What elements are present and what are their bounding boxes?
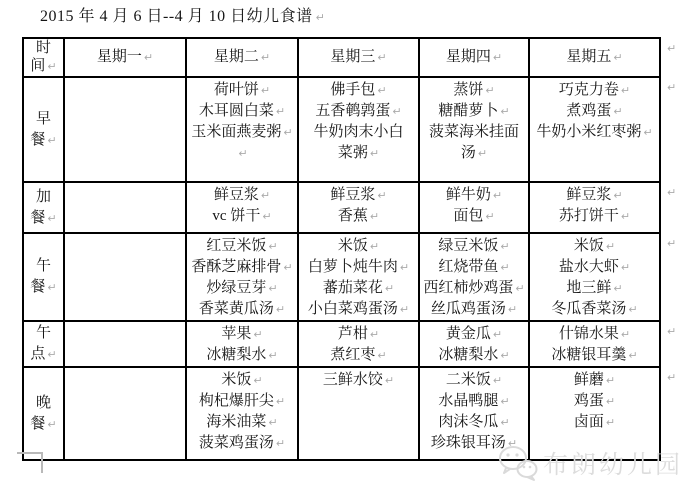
paragraph-mark-icon [500,259,509,275]
paragraph-mark-icon [377,187,386,203]
menu-line-text: 鲜牛奶 [446,187,491,203]
row-label-afternoon-snack: 午点 [23,321,64,367]
menu-line-text: 煮红枣 [330,347,375,363]
document-page: 2015 年 4 月 6 日--4 月 10 日幼儿食谱 时间 星期一星期二星期… [0,0,682,496]
menu-line: 星期三 [299,48,418,67]
menu-line: 佛手包 [299,80,418,101]
paragraph-mark-icon [500,103,509,119]
row-end-mark-icon [667,368,676,386]
menu-line: 芦柑 [299,324,418,345]
row-end-mark-icon [667,39,676,57]
menu-line-text: 煮鸡蛋 [566,103,611,119]
menu-line-text: 点 [30,346,45,362]
paragraph-mark-icon [283,259,292,275]
paragraph-mark-icon [500,414,509,430]
meal-row-morning-snack: 加餐鲜豆浆vc 饼干鲜豆浆香蕉鲜牛奶面包鲜豆浆苏打饼干 [23,182,660,233]
menu-line-text: 米饭 [574,238,604,254]
paragraph-mark-icon [47,132,56,148]
menu-line-text: 苹果 [221,326,251,342]
menu-line-text: 海米油菜 [206,414,266,430]
paragraph-mark-icon [613,187,622,203]
menu-cell-afternoon-snack-day5: 什锦水果冰糖银耳羹 [529,321,660,367]
paragraph-mark-icon [621,82,630,98]
paragraph-mark-icon [261,49,270,65]
paragraph-mark-icon [261,187,270,203]
paragraph-mark-icon [47,346,56,362]
menu-line-text: 红烧带鱼 [438,259,498,275]
header-day-5: 星期五 [529,38,660,77]
menu-line-text: 牛奶小米红枣粥 [536,124,641,140]
menu-cell-morning-snack-day4: 鲜牛奶面包 [419,182,529,233]
menu-line: 时 [24,39,63,57]
menu-line: 蒸饼 [420,80,528,101]
menu-line: 糖醋萝卜 [420,101,528,122]
paragraph-mark-icon [385,280,394,296]
menu-cell-breakfast-day1 [64,77,186,182]
menu-line: 晚 [24,393,63,414]
menu-line-text: 荷叶饼 [214,82,259,98]
menu-line: 星期二 [187,48,297,67]
paragraph-mark-icon [276,393,285,409]
menu-line: 牛奶小米红枣粥 [530,122,659,143]
paragraph-mark-icon [400,301,409,317]
menu-line: 煮鸡蛋 [530,101,659,122]
paragraph-mark-icon [370,326,379,342]
menu-line: 餐 [24,208,63,229]
menu-cell-morning-snack-day1 [64,182,186,233]
menu-line-text: 午 [36,325,51,341]
paragraph-mark-icon [606,393,615,409]
paragraph-mark-icon [377,49,386,65]
header-day-1: 星期一 [64,38,186,77]
menu-line-text: 面包 [453,208,483,224]
corner-bracket-mark [17,452,43,473]
menu-cell-breakfast-day2: 荷叶饼木耳圆白菜玉米面燕麦粥 [186,77,298,182]
menu-line: 蕃茄菜花 [299,278,418,299]
paragraph-mark-icon [238,145,247,161]
menu-line-text: 佛手包 [330,82,375,98]
paragraph-mark-icon [47,58,56,74]
menu-line [187,143,297,164]
paragraph-mark-icon [377,347,386,363]
paragraph-mark-icon [643,124,652,140]
header-day-4: 星期四 [419,38,529,77]
paragraph-mark-icon [253,372,262,388]
paragraph-mark-icon [485,82,494,98]
menu-line-text: 鲜豆浆 [566,187,611,203]
menu-line-text: 米饭 [221,372,251,388]
menu-line: 鲜豆浆 [530,185,659,206]
paragraph-mark-icon [621,326,630,342]
paragraph-mark-icon [385,372,394,388]
paragraph-mark-icon [621,208,630,224]
menu-line: 煮红枣 [299,345,418,366]
paragraph-mark-icon [392,103,401,119]
paragraph-mark-icon [478,145,487,161]
row-end-mark-icon [667,322,676,340]
watermark-text: 布朗幼儿园 [543,445,682,481]
menu-line-text: 二米饭 [446,372,491,388]
header-day-2: 星期二 [186,38,298,77]
menu-line-text: 米饭 [338,238,368,254]
menu-line-text: 枸杞爆肝尖 [199,393,274,409]
menu-line-text: 五香鹌鹑蛋 [315,103,390,119]
menu-line-text: 糖醋萝卜 [438,103,498,119]
menu-line: 早 [24,109,63,130]
menu-line-text: 星期三 [330,49,375,65]
menu-line: 冰糖银耳羹 [530,345,659,366]
menu-line: 荷叶饼 [187,80,297,101]
menu-line-text: 卤面 [574,414,604,430]
paragraph-mark-icon [262,208,271,224]
paragraph-mark-icon [508,301,517,317]
row-end-mark-icon [667,234,676,252]
menu-line: 盐水大虾 [530,257,659,278]
paragraph-mark-icon [493,49,502,65]
menu-line-text: 香蕉 [338,208,368,224]
wechat-logo-icon [497,444,539,482]
menu-line-text: 冰糖银耳羹 [551,347,626,363]
menu-cell-morning-snack-day3: 鲜豆浆香蕉 [298,182,419,233]
row-label-breakfast: 早餐 [23,77,64,182]
menu-line: 海米油菜 [187,412,297,433]
menu-line: 小白菜鸡蛋汤 [299,299,418,320]
menu-line: 餐 [24,277,63,298]
menu-cell-afternoon-snack-day1 [64,321,186,367]
menu-line-text: 餐 [30,416,45,432]
menu-line-text: 冰糖梨水 [438,347,498,363]
menu-line: 五香鹌鹑蛋 [299,101,418,122]
menu-cell-dinner-day3: 三鲜水饺 [298,367,419,460]
meal-row-afternoon-snack: 午点苹果冰糖梨水芦柑煮红枣黄金瓜冰糖梨水什锦水果冰糖银耳羹 [23,321,660,367]
menu-line: 炒绿豆芽 [187,278,297,299]
menu-cell-breakfast-day4: 蒸饼糖醋萝卜菠菜海米挂面汤 [419,77,529,182]
menu-line: 午 [24,256,63,277]
meal-row-lunch: 午餐红豆米饭香酥芝麻排骨炒绿豆芽香菜黄瓜汤米饭白萝卜炖牛肉蕃茄菜花小白菜鸡蛋汤绿… [23,233,660,321]
menu-line: 米饭 [187,370,297,391]
menu-line-text: 黄金瓜 [446,326,491,342]
paragraph-mark-icon [613,49,622,65]
menu-line-text: 盐水大虾 [559,259,619,275]
menu-line-text: 苏打饼干 [559,208,619,224]
menu-line-text: 星期二 [214,49,259,65]
menu-line: 卤面 [530,412,659,433]
menu-line: 红烧带鱼 [420,257,528,278]
menu-cell-lunch-day2: 红豆米饭香酥芝麻排骨炒绿豆芽香菜黄瓜汤 [186,233,298,321]
menu-line-text: 早 [36,111,51,127]
menu-line: 西红柿炒鸡蛋 [420,278,528,299]
menu-line-text: 鸡蛋 [574,393,604,409]
menu-cell-breakfast-day5: 巧克力卷煮鸡蛋牛奶小米红枣粥 [529,77,660,182]
menu-line-text: 菠菜鸡蛋汤 [199,435,274,451]
menu-line: 黄金瓜 [420,324,528,345]
menu-line-text: 星期四 [446,49,491,65]
header-day-3: 星期三 [298,38,419,77]
menu-line-text: 肉沫冬瓜 [438,414,498,430]
row-label-morning-snack: 加餐 [23,182,64,233]
row-end-mark-icon [667,78,676,96]
menu-line-text: 什锦水果 [559,326,619,342]
menu-line-text: 星期一 [97,49,142,65]
menu-cell-afternoon-snack-day3: 芦柑煮红枣 [298,321,419,367]
menu-line: 水晶鸭腿 [420,391,528,412]
paragraph-mark-icon [261,82,270,98]
menu-line: 冰糖梨水 [420,345,528,366]
menu-cell-lunch-day4: 绿豆米饭红烧带鱼西红柿炒鸡蛋丝瓜鸡蛋汤 [419,233,529,321]
menu-cell-lunch-day5: 米饭盐水大虾地三鲜冬瓜香菜汤 [529,233,660,321]
menu-line: 菜粥 [299,143,418,164]
menu-line-text: 冬瓜香菜汤 [551,301,626,317]
menu-line-text: 菜粥 [338,145,368,161]
menu-line: 什锦水果 [530,324,659,345]
menu-line: 红豆米饭 [187,236,297,257]
menu-line-text: 炒绿豆芽 [206,280,266,296]
menu-line: 星期四 [420,48,528,67]
paragraph-mark-icon [276,103,285,119]
paragraph-mark-icon [493,372,502,388]
menu-line-text: 香酥芝麻排骨 [191,259,281,275]
meal-row-breakfast: 早餐荷叶饼木耳圆白菜玉米面燕麦粥佛手包五香鹌鹑蛋牛奶肉末小白菜粥蒸饼糖醋萝卜菠菜… [23,77,660,182]
menu-line-text: 芦柑 [338,326,368,342]
menu-line: 菠菜鸡蛋汤 [187,433,297,454]
menu-line: 午 [24,323,63,344]
menu-line-text: 鲜豆浆 [214,187,259,203]
menu-line: 鸡蛋 [530,391,659,412]
page-title: 2015 年 4 月 6 日--4 月 10 日幼儿食谱 [40,3,325,26]
paragraph-mark-icon [500,238,509,254]
menu-line: 枸杞爆肝尖 [187,391,297,412]
menu-line: 玉米面燕麦粥 [187,122,297,143]
menu-line-text: 小白菜鸡蛋汤 [308,301,398,317]
menu-line-text: 冰糖梨水 [206,347,266,363]
paragraph-mark-icon [606,238,615,254]
menu-cell-dinner-day1 [64,367,186,460]
menu-line-text: 鲜豆浆 [330,187,375,203]
menu-cell-afternoon-snack-day2: 苹果冰糖梨水 [186,321,298,367]
paragraph-mark-icon [606,414,615,430]
menu-cell-morning-snack-day5: 鲜豆浆苏打饼干 [529,182,660,233]
menu-line: 星期一 [65,48,185,67]
paragraph-mark-icon [47,279,56,295]
menu-line-text: 午 [36,258,51,274]
paragraph-mark-icon [485,208,494,224]
menu-line: 冬瓜香菜汤 [530,299,659,320]
paragraph-mark-icon [613,103,622,119]
menu-line-text: 水晶鸭腿 [438,393,498,409]
menu-line: 丝瓜鸡蛋汤 [420,299,528,320]
paragraph-mark-icon [47,416,56,432]
menu-line: 地三鲜 [530,278,659,299]
paragraph-mark-icon [493,326,502,342]
menu-line: 点 [24,344,63,365]
menu-line-text: 巧克力卷 [559,82,619,98]
menu-line-text: 牛奶肉末小白 [313,124,403,140]
paragraph-mark-icon [268,414,277,430]
menu-line: 苹果 [187,324,297,345]
menu-line-text: 玉米面燕麦粥 [191,124,281,140]
menu-cell-dinner-day2: 米饭枸杞爆肝尖海米油菜菠菜鸡蛋汤 [186,367,298,460]
menu-line-text: 红豆米饭 [206,238,266,254]
menu-line: 间 [24,57,63,76]
paragraph-mark-icon [377,82,386,98]
menu-line-text: 绿豆米饭 [438,238,498,254]
menu-line: 香蕉 [299,206,418,227]
menu-line-text: 餐 [30,279,45,295]
menu-line-text: 菠菜海米挂面 [429,124,519,140]
menu-line-text: 珍珠银耳汤 [431,435,506,451]
watermark: 布朗幼儿园 [497,444,682,482]
row-label-lunch: 午餐 [23,233,64,321]
paragraph-mark-icon [268,347,277,363]
menu-line: 鲜豆浆 [299,185,418,206]
menu-line-text: 鲜蘑 [574,372,604,388]
menu-line: 绿豆米饭 [420,236,528,257]
menu-line: 菠菜海米挂面 [420,122,528,143]
menu-line: 面包 [420,206,528,227]
paragraph-mark-icon [621,259,630,275]
menu-line: 米饭 [530,236,659,257]
menu-line-text: 间 [30,58,45,74]
paragraph-mark-icon [253,326,262,342]
paragraph-mark-icon [316,8,326,25]
menu-line-text: 加 [36,189,51,205]
menu-cell-lunch-day3: 米饭白萝卜炖牛肉蕃茄菜花小白菜鸡蛋汤 [298,233,419,321]
paragraph-mark-icon [370,145,379,161]
menu-line: 牛奶肉末小白 [299,122,418,143]
menu-line-text: 丝瓜鸡蛋汤 [431,301,506,317]
paragraph-mark-icon [628,347,637,363]
row-end-mark-icon [667,183,676,201]
menu-line-text: 汤 [461,145,476,161]
menu-line: 肉沫冬瓜 [420,412,528,433]
menu-line-text: 餐 [30,132,45,148]
menu-cell-breakfast-day3: 佛手包五香鹌鹑蛋牛奶肉末小白菜粥 [298,77,419,182]
paragraph-mark-icon [613,280,622,296]
paragraph-mark-icon [606,372,615,388]
menu-line: 木耳圆白菜 [187,101,297,122]
menu-line: 餐 [24,130,63,151]
menu-line-text: 木耳圆白菜 [199,103,274,119]
menu-line: 鲜豆浆 [187,185,297,206]
menu-line: 二米饭 [420,370,528,391]
menu-line-text: 西红柿炒鸡蛋 [423,280,513,296]
menu-line: 三鲜水饺 [299,370,418,391]
menu-line-text: 三鲜水饺 [323,372,383,388]
paragraph-mark-icon [515,280,524,296]
paragraph-mark-icon [276,435,285,451]
menu-line-text: 时 [36,40,51,56]
menu-line: 加 [24,187,63,208]
menu-line-text: 餐 [30,210,45,226]
menu-line: 苏打饼干 [530,206,659,227]
page-title-text: 2015 年 4 月 6 日--4 月 10 日幼儿食谱 [40,8,313,25]
menu-line: 巧克力卷 [530,80,659,101]
menu-line-text: 蒸饼 [453,82,483,98]
menu-line: 鲜蘑 [530,370,659,391]
paragraph-mark-icon [493,187,502,203]
menu-cell-lunch-day1 [64,233,186,321]
paragraph-mark-icon [628,301,637,317]
menu-line: 香酥芝麻排骨 [187,257,297,278]
menu-line: 餐 [24,414,63,435]
paragraph-mark-icon [500,393,509,409]
menu-line-text: 地三鲜 [566,280,611,296]
menu-line-text: 香菜黄瓜汤 [199,301,274,317]
paragraph-mark-icon [283,124,292,140]
menu-table: 时间 星期一星期二星期三星期四星期五 早餐荷叶饼木耳圆白菜玉米面燕麦粥佛手包五香… [22,37,661,461]
paragraph-mark-icon [276,301,285,317]
paragraph-mark-icon [400,259,409,275]
paragraph-mark-icon [144,49,153,65]
menu-line: 汤 [420,143,528,164]
menu-line-text: 星期五 [566,49,611,65]
menu-cell-morning-snack-day2: 鲜豆浆vc 饼干 [186,182,298,233]
menu-line: 香菜黄瓜汤 [187,299,297,320]
menu-line: 米饭 [299,236,418,257]
menu-line-text: vc 饼干 [212,208,260,224]
header-time: 时间 [23,38,64,77]
paragraph-mark-icon [268,238,277,254]
menu-line: 鲜牛奶 [420,185,528,206]
paragraph-mark-icon [370,238,379,254]
menu-line: 星期五 [530,48,659,67]
paragraph-mark-icon [370,208,379,224]
paragraph-mark-icon [268,280,277,296]
menu-line-text: 蕃茄菜花 [323,280,383,296]
menu-cell-afternoon-snack-day4: 黄金瓜冰糖梨水 [419,321,529,367]
paragraph-mark-icon [500,347,509,363]
menu-line: vc 饼干 [187,206,297,227]
paragraph-mark-icon [47,210,56,226]
menu-line: 白萝卜炖牛肉 [299,257,418,278]
menu-line: 冰糖梨水 [187,345,297,366]
header-row: 时间 星期一星期二星期三星期四星期五 [23,38,660,77]
menu-line-text: 白萝卜炖牛肉 [308,259,398,275]
row-label-dinner: 晚餐 [23,367,64,460]
menu-line-text: 晚 [36,395,51,411]
